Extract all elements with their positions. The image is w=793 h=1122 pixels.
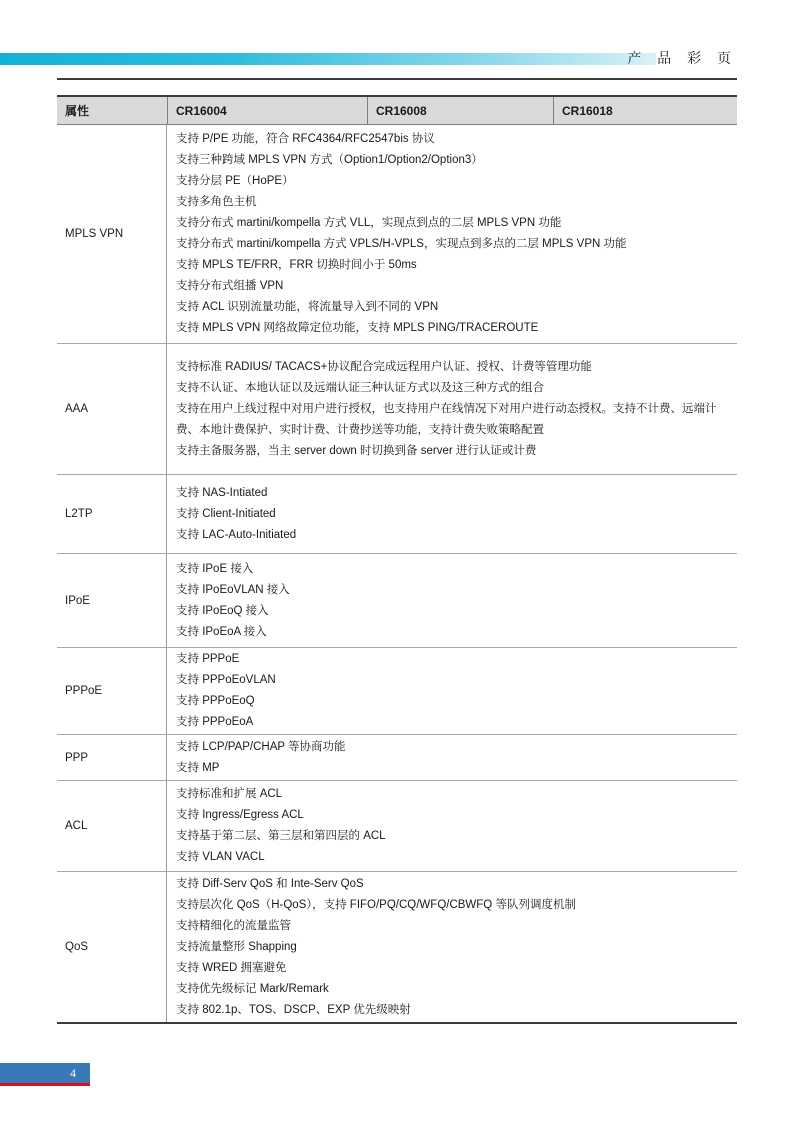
feature-line: 支持 Client-Initiated xyxy=(176,504,725,525)
attribute-cell: IPoE xyxy=(57,554,167,647)
feature-line: 支持 Ingress/Egress ACL xyxy=(176,805,725,826)
features-cell: 支持 P/PE 功能，符合 RFC4364/RFC2547bis 协议支持三种跨… xyxy=(167,125,737,343)
feature-line: 支持三种跨域 MPLS VPN 方式（Option1/Option2/Optio… xyxy=(176,150,725,171)
table-row: AAA支持标准 RADIUS/ TACACS+协议配合完成远程用户认证、授权、计… xyxy=(57,343,737,474)
feature-line: 支持 P/PE 功能，符合 RFC4364/RFC2547bis 协议 xyxy=(176,129,725,150)
feature-line: 支持 MPLS TE/FRR，FRR 切换时间小于 50ms xyxy=(176,255,725,276)
features-cell: 支持 NAS-Intiated支持 Client-Initiated支持 LAC… xyxy=(167,475,737,553)
feature-line: 支持基于第二层、第三层和第四层的 ACL xyxy=(176,826,725,847)
attribute-cell: PPPoE xyxy=(57,648,167,734)
feature-line: 支持优先级标记 Mark/Remark xyxy=(176,979,725,1000)
feature-line: 支持不认证、本地认证以及远端认证三种认证方式以及这三种方式的组合 xyxy=(176,378,725,399)
spec-table: 属性 CR16004 CR16008 CR16018 MPLS VPN支持 P/… xyxy=(57,95,737,1024)
feature-line: 支持精细化的流量监管 xyxy=(176,916,725,937)
table-row: MPLS VPN支持 P/PE 功能，符合 RFC4364/RFC2547bis… xyxy=(57,125,737,343)
feature-line: 支持分层 PE（HoPE） xyxy=(176,171,725,192)
attribute-cell: MPLS VPN xyxy=(57,125,167,343)
table-header-row: 属性 CR16004 CR16008 CR16018 xyxy=(57,97,737,125)
document-page: 产 品 彩 页 属性 CR16004 CR16008 CR16018 MPLS … xyxy=(0,0,793,1122)
feature-line: 支持 MPLS VPN 网络故障定位功能，支持 MPLS PING/TRACER… xyxy=(176,318,725,339)
feature-line: 支持主备服务器，当主 server down 时切换到备 server 进行认证… xyxy=(176,441,725,462)
feature-line: 支持 802.1p、TOS、DSCP、EXP 优先级映射 xyxy=(176,1000,725,1021)
footer-red-accent-line xyxy=(0,1083,90,1086)
header-accent-gradient-bar xyxy=(0,53,656,65)
attribute-cell: L2TP xyxy=(57,475,167,553)
header-divider-line xyxy=(57,78,737,80)
features-cell: 支持标准和扩展 ACL支持 Ingress/Egress ACL支持基于第二层、… xyxy=(167,781,737,871)
feature-line: 支持 NAS-Intiated xyxy=(176,483,725,504)
feature-line: 支持 PPPoEoVLAN xyxy=(176,670,725,691)
table-row: IPoE支持 IPoE 接入支持 IPoEoVLAN 接入支持 IPoEoQ 接… xyxy=(57,553,737,647)
table-row: L2TP支持 NAS-Intiated支持 Client-Initiated支持… xyxy=(57,474,737,553)
feature-line: 支持多角色主机 xyxy=(176,192,725,213)
feature-line: 支持 MP xyxy=(176,758,725,779)
column-header-cr16008: CR16008 xyxy=(367,97,553,124)
page-header-label: 产 品 彩 页 xyxy=(627,48,737,68)
table-row: PPPoE支持 PPPoE支持 PPPoEoVLAN支持 PPPoEoQ支持 P… xyxy=(57,647,737,734)
feature-line: 支持 IPoEoQ 接入 xyxy=(176,601,725,622)
attribute-cell: ACL xyxy=(57,781,167,871)
column-header-attribute: 属性 xyxy=(57,97,167,124)
page-number: 4 xyxy=(70,1066,76,1081)
features-cell: 支持 LCP/PAP/CHAP 等协商功能支持 MP xyxy=(167,735,737,780)
table-row: PPP支持 LCP/PAP/CHAP 等协商功能支持 MP xyxy=(57,734,737,780)
table-row: ACL支持标准和扩展 ACL支持 Ingress/Egress ACL支持基于第… xyxy=(57,780,737,871)
feature-line: 支持 WRED 拥塞避免 xyxy=(176,958,725,979)
feature-line: 支持 PPPoE xyxy=(176,649,725,670)
feature-line: 支持流量整形 Shapping xyxy=(176,937,725,958)
attribute-cell: QoS xyxy=(57,872,167,1022)
feature-line: 支持分布式组播 VPN xyxy=(176,276,725,297)
feature-line: 支持 PPPoEoQ xyxy=(176,691,725,712)
feature-line: 支持 PPPoEoA xyxy=(176,712,725,733)
feature-line: 支持在用户上线过程中对用户进行授权，也支持用户在线情况下对用户进行动态授权。支持… xyxy=(176,399,725,441)
column-header-cr16018: CR16018 xyxy=(553,97,737,124)
attribute-cell: AAA xyxy=(57,344,167,474)
column-header-cr16004: CR16004 xyxy=(167,97,367,124)
feature-line: 支持分布式 martini/kompella 方式 VPLS/H-VPLS，实现… xyxy=(176,234,725,255)
table-row: QoS支持 Diff-Serv QoS 和 Inte-Serv QoS支持层次化… xyxy=(57,871,737,1022)
feature-line: 支持 ACL 识别流量功能，将流量导入到不同的 VPN xyxy=(176,297,725,318)
feature-line: 支持 IPoEoA 接入 xyxy=(176,622,725,643)
features-cell: 支持 PPPoE支持 PPPoEoVLAN支持 PPPoEoQ支持 PPPoEo… xyxy=(167,648,737,734)
features-cell: 支持 Diff-Serv QoS 和 Inte-Serv QoS支持层次化 Qo… xyxy=(167,872,737,1022)
feature-line: 支持标准和扩展 ACL xyxy=(176,784,725,805)
footer-page-number-bar: 4 xyxy=(0,1063,90,1083)
attribute-cell: PPP xyxy=(57,735,167,780)
feature-line: 支持层次化 QoS（H-QoS），支持 FIFO/PQ/CQ/WFQ/CBWFQ… xyxy=(176,895,725,916)
feature-line: 支持 VLAN VACL xyxy=(176,847,725,868)
features-cell: 支持 IPoE 接入支持 IPoEoVLAN 接入支持 IPoEoQ 接入支持 … xyxy=(167,554,737,647)
feature-line: 支持分布式 martini/kompella 方式 VLL，实现点到点的二层 M… xyxy=(176,213,725,234)
feature-line: 支持 IPoE 接入 xyxy=(176,559,725,580)
feature-line: 支持标准 RADIUS/ TACACS+协议配合完成远程用户认证、授权、计费等管… xyxy=(176,357,725,378)
table-body: MPLS VPN支持 P/PE 功能，符合 RFC4364/RFC2547bis… xyxy=(57,125,737,1022)
features-cell: 支持标准 RADIUS/ TACACS+协议配合完成远程用户认证、授权、计费等管… xyxy=(167,344,737,474)
feature-line: 支持 LCP/PAP/CHAP 等协商功能 xyxy=(176,737,725,758)
feature-line: 支持 LAC-Auto-Initiated xyxy=(176,525,725,546)
feature-line: 支持 IPoEoVLAN 接入 xyxy=(176,580,725,601)
feature-line: 支持 Diff-Serv QoS 和 Inte-Serv QoS xyxy=(176,874,725,895)
